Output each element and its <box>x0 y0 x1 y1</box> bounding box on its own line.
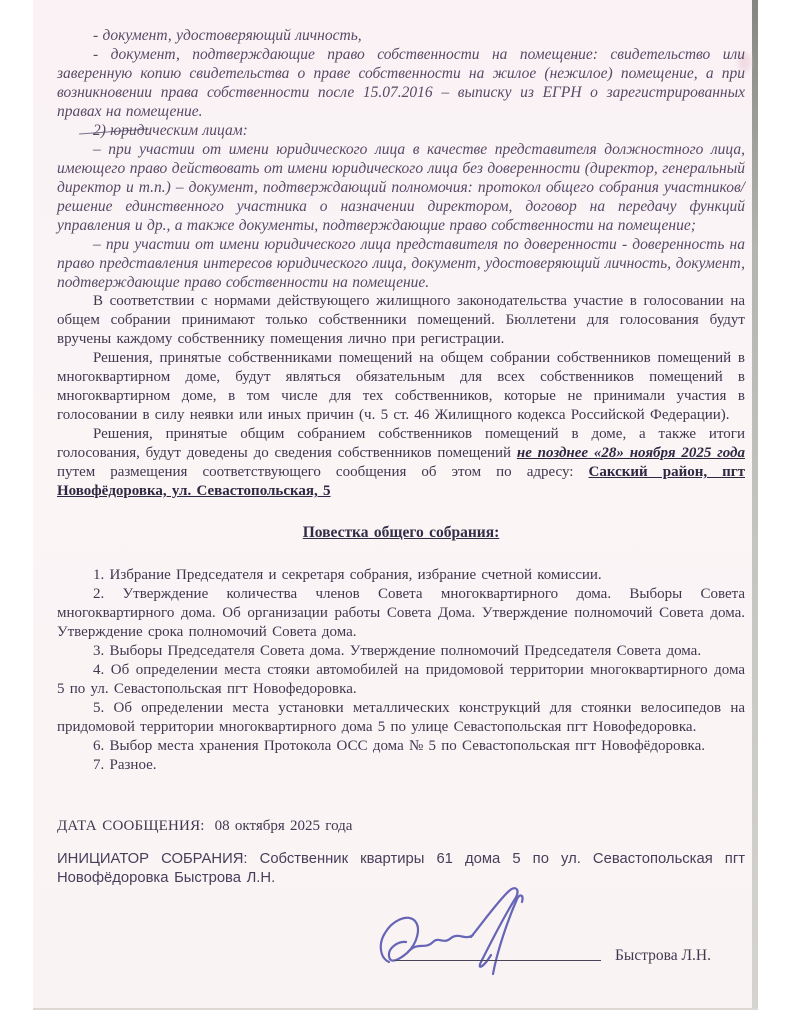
signature-block: Быстрова Л.Н. <box>57 894 745 986</box>
signature-line <box>395 960 601 961</box>
agenda-item: 6. Выбор места хранения Протокола ОСС до… <box>57 737 745 756</box>
agenda-item: 5. Об определении места установки металл… <box>57 699 745 737</box>
agenda-item: 2. Утверждение количества членов Совета … <box>57 585 745 642</box>
paragraph-voting-rules: В соответствии с нормами действующего жи… <box>57 292 745 349</box>
agenda-item: 1. Избрание Председателя и секретаря соб… <box>57 566 745 585</box>
pen-struck-text: 2) юридическим лицам: <box>93 122 248 139</box>
scanned-document-page: { "meta": { "paper_color": "#faf3f5", "i… <box>0 0 791 1024</box>
page-content-layer: - документ, удостоверяющий личность, - д… <box>33 0 752 1009</box>
paragraph-ownership-documents: - документ, подтверждающие право собстве… <box>57 45 745 121</box>
agenda-item: 7. Разное. <box>57 756 745 775</box>
paragraph-representative-official: – при участии от имени юридического лица… <box>57 140 745 235</box>
agenda-list: 1. Избрание Председателя и секретаря соб… <box>57 566 745 775</box>
page-edge-shadow <box>752 0 758 1009</box>
agenda-item: 4. Об определении места стояки автомобил… <box>57 661 745 699</box>
document-text: - документ, удостоверяющий личность, - д… <box>57 26 745 986</box>
paragraph-representative-proxy: – при участии от имени юридического лица… <box>57 235 745 292</box>
paragraph-decisions-binding: Решения, принятые собственниками помещен… <box>57 349 745 425</box>
agenda-item: 3. Выборы Председателя Совета дома. Утве… <box>57 642 745 661</box>
text-segment: путем размещения соответствующего сообще… <box>57 464 589 480</box>
signatory-name: Быстрова Л.Н. <box>615 946 711 965</box>
requirements-italic-section: - документ, удостоверяющий личность, - д… <box>57 26 745 292</box>
handwritten-signature-ink <box>375 886 575 986</box>
text-segment: не позднее «28» ноября 2025 года <box>517 445 745 461</box>
message-date-line: ДАТА СООБЩЕНИЯ:08 октября 2025 года <box>57 817 745 836</box>
message-date-value: 08 октября 2025 года <box>215 818 353 834</box>
paragraph-identity-document: - документ, удостоверяющий личность, <box>57 26 745 45</box>
paragraph-results-notice: Решения, принятые общим собранием собств… <box>57 425 745 501</box>
message-date-label: ДАТА СООБЩЕНИЯ: <box>57 818 205 834</box>
initiator-line: ИНИЦИАТОР СОБРАНИЯ: Собственник квартиры… <box>57 850 745 888</box>
legal-entities-subheading: 2) юридическим лицам: <box>57 121 745 140</box>
agenda-heading: Повестка общего собрания: <box>57 523 745 542</box>
